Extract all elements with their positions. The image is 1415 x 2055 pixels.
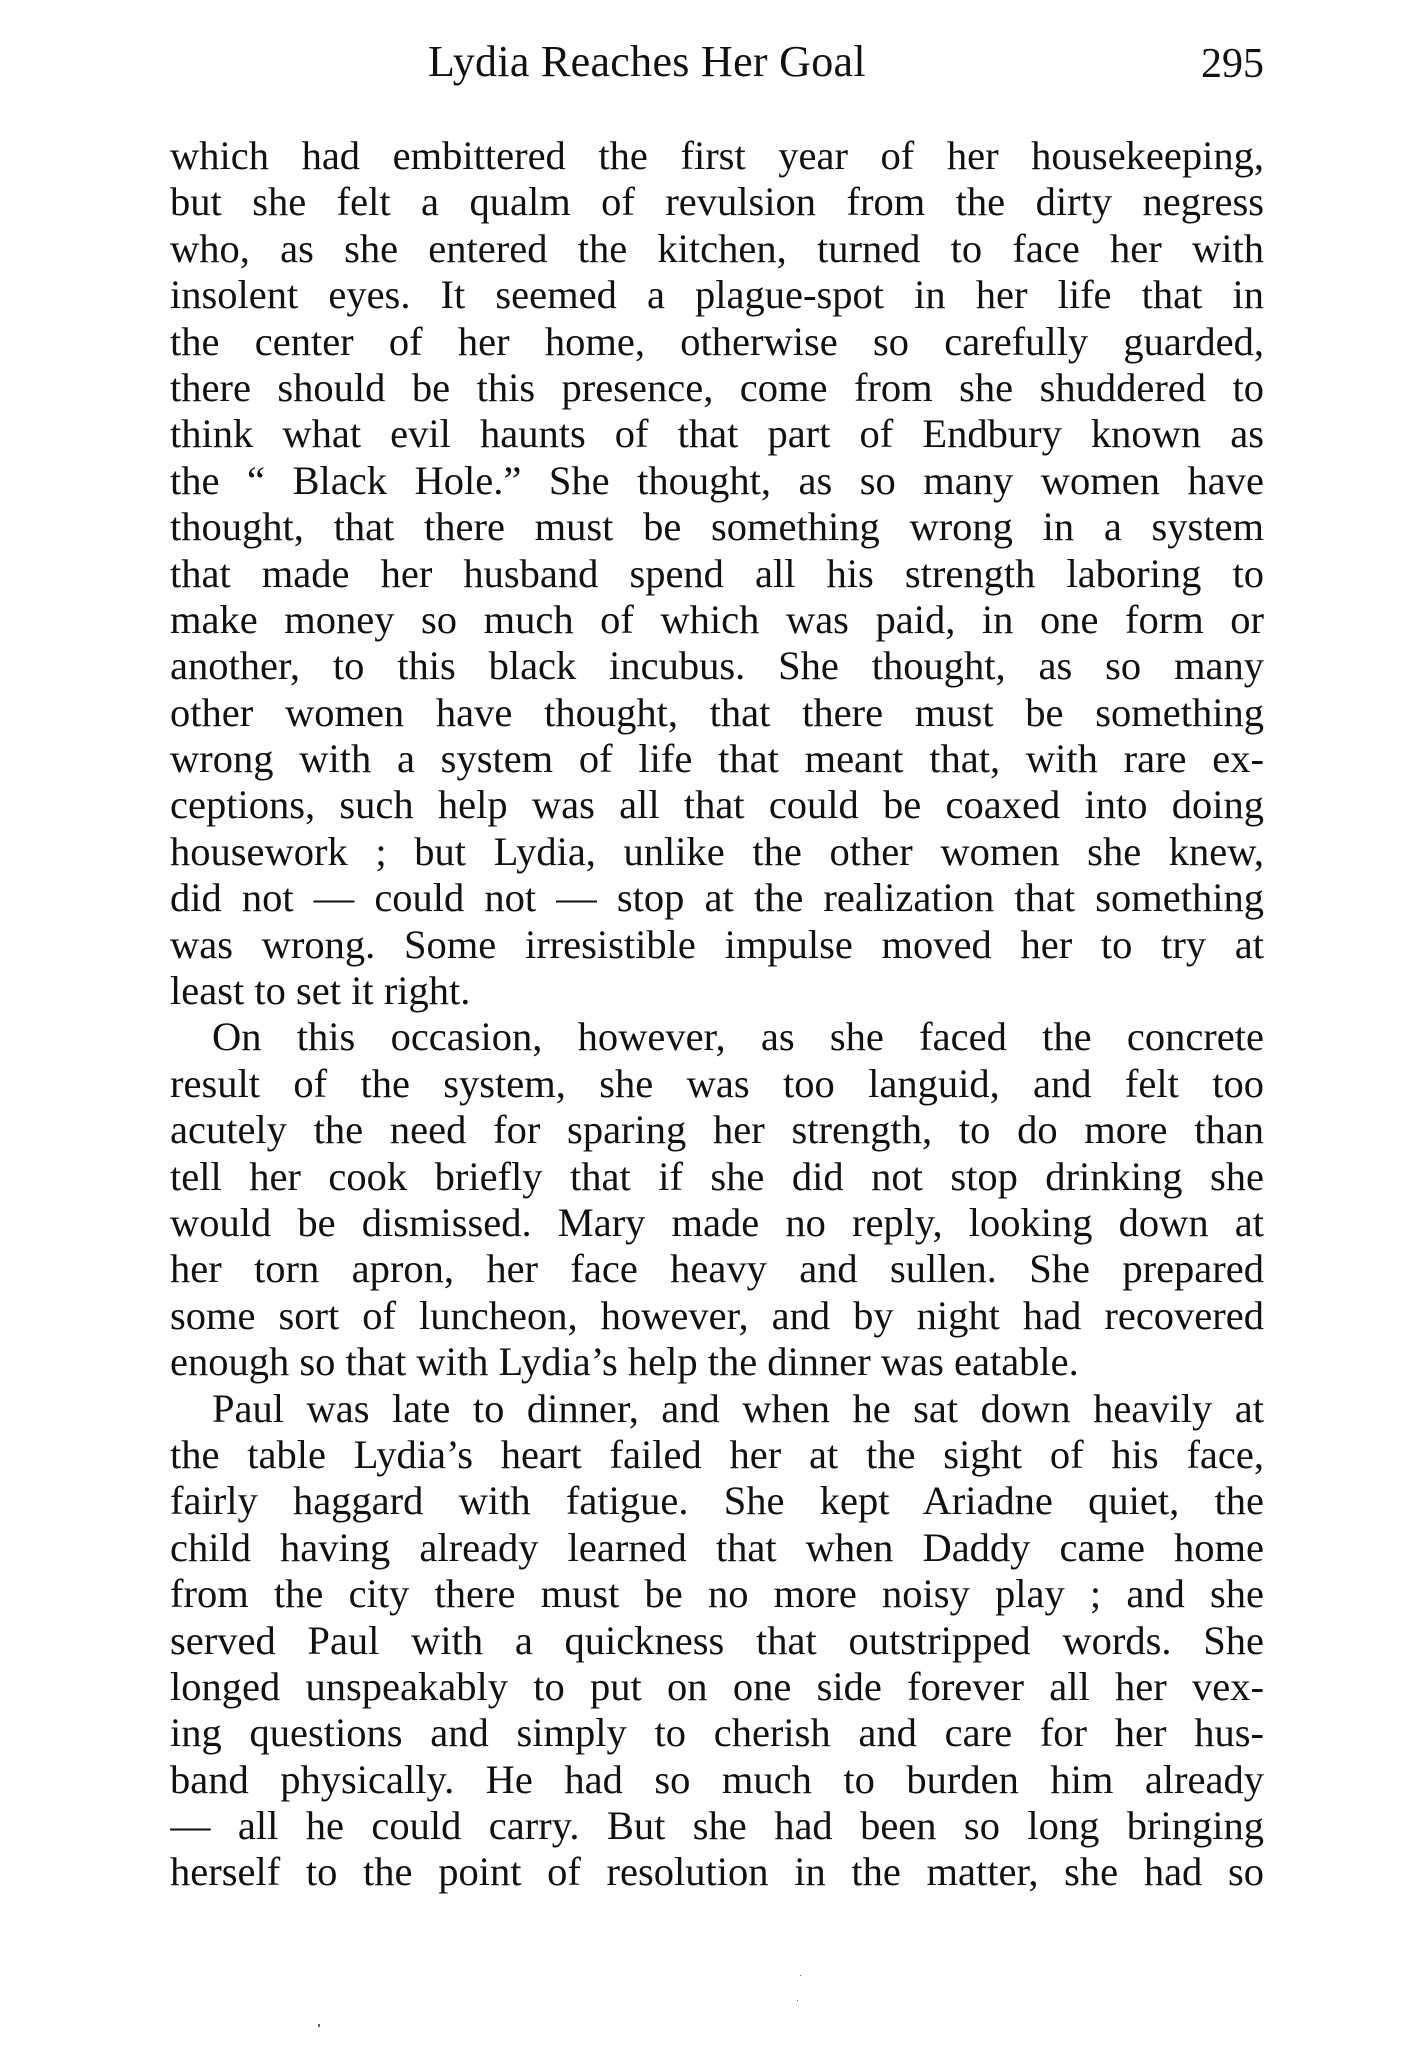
running-head: Lydia Reaches Her Goal 295	[168, 36, 1264, 88]
text-line: served Paul with a quickness that outstr…	[170, 1618, 1264, 1664]
text-line: wrong with a system of life that meant t…	[170, 736, 1264, 782]
text-line: — all he could carry. But she had been s…	[170, 1803, 1264, 1849]
text-line: the center of her home, otherwise so car…	[170, 319, 1264, 365]
scan-speck	[318, 2024, 320, 2027]
text-line: housework ; but Lydia, unlike the other …	[170, 829, 1264, 875]
text-line: tell her cook briefly that if she did no…	[170, 1154, 1264, 1200]
chapter-title: Lydia Reaches Her Goal	[428, 36, 866, 88]
text-line: child having already learned that when D…	[170, 1525, 1264, 1571]
paragraph-first-line: On this occasion, however, as she faced …	[170, 1014, 1264, 1060]
book-page: Lydia Reaches Her Goal 295 which had emb…	[0, 0, 1415, 2055]
text-line: herself to the point of resolution in th…	[170, 1849, 1264, 1895]
text-line: was wrong. Some irresistible impulse mov…	[170, 922, 1264, 968]
text-line: acutely the need for sparing her strengt…	[170, 1107, 1264, 1153]
text-line: would be dismissed. Mary made no reply, …	[170, 1200, 1264, 1246]
text-line: fairly haggard with fatigue. She kept Ar…	[170, 1478, 1264, 1524]
text-line: longed unspeakably to put on one side fo…	[170, 1664, 1264, 1710]
paragraph-first-line: Paul was late to dinner, and when he sat…	[170, 1386, 1264, 1432]
text-line: there should be this presence, come from…	[170, 365, 1264, 411]
text-line: who, as she entered the kitchen, turned …	[170, 226, 1264, 272]
text-line: that made her husband spend all his stre…	[170, 551, 1264, 597]
text-line: the table Lydia’s heart failed her at th…	[170, 1432, 1264, 1478]
text-line: ing questions and simply to cherish and …	[170, 1710, 1264, 1756]
text-line: make money so much of which was paid, in…	[170, 597, 1264, 643]
text-line: which had embittered the first year of h…	[170, 133, 1264, 179]
text-line: did not — could not — stop at the realiz…	[170, 875, 1264, 921]
text-line: from the city there must be no more nois…	[170, 1571, 1264, 1617]
scan-speck	[797, 2000, 798, 2001]
text-line: least to set it right.	[170, 968, 1264, 1014]
text-line: other women have thought, that there mus…	[170, 690, 1264, 736]
text-line: her torn apron, her face heavy and sulle…	[170, 1246, 1264, 1292]
text-line: enough so that with Lydia’s help the din…	[170, 1339, 1264, 1385]
scan-speck	[800, 1975, 801, 1976]
text-line: insolent eyes. It seemed a plague-spot i…	[170, 272, 1264, 318]
text-line: band physically. He had so much to burde…	[170, 1757, 1264, 1803]
text-line: think what evil haunts of that part of E…	[170, 411, 1264, 457]
page-number: 295	[1201, 38, 1264, 90]
text-line: the “ Black Hole.” She thought, as so ma…	[170, 458, 1264, 504]
text-line: thought, that there must be something wr…	[170, 504, 1264, 550]
text-line: result of the system, she was too langui…	[170, 1061, 1264, 1107]
text-line: another, to this black incubus. She thou…	[170, 643, 1264, 689]
text-line: but she felt a qualm of revulsion from t…	[170, 179, 1264, 225]
text-line: ceptions, such help was all that could b…	[170, 782, 1264, 828]
text-line: some sort of luncheon, however, and by n…	[170, 1293, 1264, 1339]
body-text: which had embittered the first year of h…	[170, 133, 1264, 1896]
